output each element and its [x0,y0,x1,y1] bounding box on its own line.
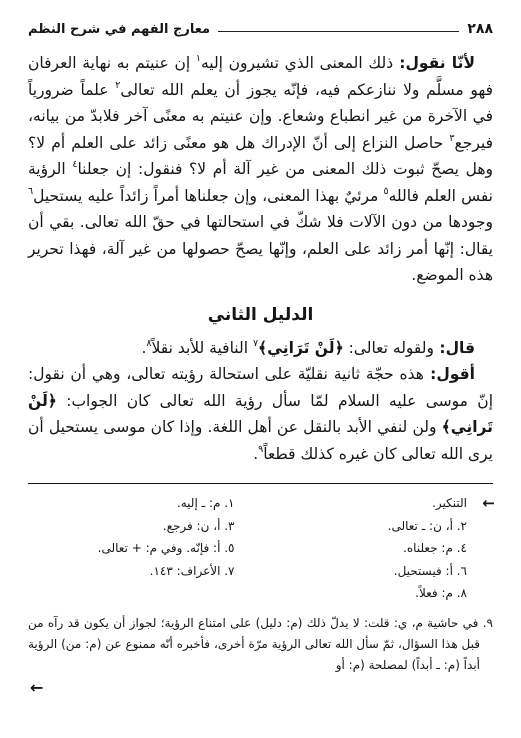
continuation-arrow-icon: ← [482,492,495,515]
footnotes-right-column: ← التنكير. ٢. أ، ن: ـ تعالى. ٤. م: جعلنا… [261,492,494,605]
text-segment: مرئيٌ بهذا المعنى، وإن جعلناها أمراً زائ… [33,187,383,205]
footnote-separator [28,483,493,484]
text-segment: لأنّا نقول: [393,54,475,72]
footnote-3: ٣. أ، ن: فرجع. [28,515,261,538]
footnote-4: ٤. م: جعلناه. [261,537,494,560]
text-segment: حاصل النزاع إلى أنّ الإدراك هل هو معنًى … [28,134,493,179]
footnote-text: ٧. الأعراف: ١٤٣. [150,564,235,578]
footnote-1: ١. م: ـ إليه. [28,492,261,515]
footnote-9: ٩. في حاشية م، ي: قلت: لا يدلّ ذلك (م: د… [28,613,493,676]
paragraph-aqulu: أقول: هذه حجّة ثانية نقليّة على استحالة … [28,361,493,467]
text-segment: وجودها من دون الآلات فلا شكّ في استحالته… [28,213,493,284]
book-title: معارج الفهم في شرح النظم [28,22,210,37]
page-header: ٢٨٨ معارج الفهم في شرح النظم [28,18,493,40]
footnote-text: ٣. أ، ن: فرجع. [163,519,235,533]
footnote-text: ٨. م: فعلاً. [415,586,467,600]
quran-quote: ﴿لَنْ تَرَانِي﴾ [258,339,344,357]
footnote-6: ٦. أ: فيستحيل. [261,560,494,583]
paragraph-qala: قال: ولقوله تعالى: ﴿لَنْ تَرَانِي﴾٧ النا… [28,335,493,362]
footnote-continuation: ← التنكير. [261,492,494,515]
footnote-text: ٢. أ، ن: ـ تعالى. [388,519,467,533]
book-page: ٢٨٨ معارج الفهم في شرح النظم لأنّا نقول:… [0,0,521,738]
footnote-7: ٧. الأعراف: ١٤٣. [28,560,261,583]
text-segment: النافية للأبد نقلاً [152,339,253,357]
section-heading: الدليل الثاني [28,305,493,325]
text-segment: ذلك المعنى الذي تشيرون إليه [201,54,393,72]
next-page-arrow-icon: ← [28,678,493,697]
footnote-text: ٦. أ: فيستحيل. [394,564,467,578]
footnote-text: ٥. أ: فإنّه. وفي م: + تعالى. [98,541,235,555]
text-segment: ولن لنفي الأبد بالنقل عن أهل اللغة. وإذا… [28,418,493,463]
footnotes-columns: ← التنكير. ٢. أ، ن: ـ تعالى. ٤. م: جعلنا… [28,492,493,605]
footnote-text: التنكير. [432,496,467,510]
footnotes-left-column: ١. م: ـ إليه. ٣. أ، ن: فرجع. ٥. أ: فإنّه… [28,492,261,605]
text-segment: أقول: [424,365,475,383]
page-number: ٢٨٨ [467,21,493,37]
footnote-2: ٢. أ، ن: ـ تعالى. [261,515,494,538]
footnote-8: ٨. م: فعلاً. [261,582,494,605]
footnote-text: ٤. م: جعلناه. [403,541,467,555]
text-segment: قال: [434,339,475,357]
footnote-text: ١. م: ـ إليه. [177,496,235,510]
text-segment: ولقوله تعالى: [344,339,434,357]
paragraph-first-objection: لأنّا نقول: ذلك المعنى الذي تشيرون إليه١… [28,50,493,289]
header-rule [218,31,459,32]
footnote-5: ٥. أ: فإنّه. وفي م: + تعالى. [28,537,261,560]
